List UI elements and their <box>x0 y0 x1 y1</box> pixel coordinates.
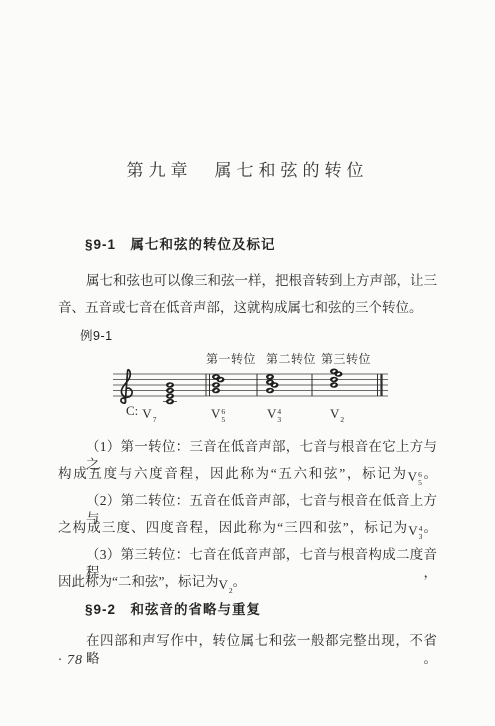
intro-line-1: 属七和弦也可以像三和弦一样，把根音转到上方声部，让三 <box>58 272 437 290</box>
inversion-label-2: 第二转位 <box>266 350 320 367</box>
figure-letter: V <box>218 577 227 592</box>
inversion-label-3: 第三转位 <box>321 350 375 367</box>
section-9-1-heading: §9-1 属七和弦的转位及标记 <box>85 233 276 253</box>
chord-v7 <box>163 382 177 404</box>
book-page: 第九章 属七和弦的转位 §9-1 属七和弦的转位及标记 属七和弦也可以像三和弦一… <box>0 0 495 726</box>
paragraph-1-line-2-text: 构成五度与六度音程，因此称为“五六和弦”，标记为 <box>58 466 408 481</box>
paragraph-1-line-2: 构成五度与六度音程，因此称为“五六和弦”，标记为V65。 <box>58 465 437 486</box>
period: 。 <box>422 520 437 535</box>
section-9-2-paragraph: 在四部和声写作中，转位属七和弦一般都完整出现，不省略。 <box>58 632 437 668</box>
intro-line-2: 音、五音或七音在低音声部，这就构成属七和弦的三个转位。 <box>58 299 437 317</box>
chord-figure-v43: V43 <box>267 402 281 423</box>
figure-sub: 3 <box>277 416 281 424</box>
paragraph-2-line-2-text: 之构成三度、四度音程，因此称为“三四和弦”，标记为 <box>58 520 408 535</box>
figure-letter: V <box>408 523 417 538</box>
paragraph-3-line-2: 因此称为“二和弦”，标记为V2。 <box>58 573 437 594</box>
figure-letter: V <box>267 406 276 421</box>
chapter-title: 第九章 属七和弦的转位 <box>0 156 495 181</box>
page-number: · 78 · <box>58 653 92 669</box>
key-label: C: <box>126 403 138 418</box>
chord-figure-v7: C:V7 <box>126 402 156 423</box>
period: 。 <box>422 466 437 481</box>
staff-notation <box>111 367 389 407</box>
figure-sub: 5 <box>221 416 225 424</box>
example-label: 例9-1 <box>80 326 113 344</box>
paragraph-2-line-2: 之构成三度、四度音程，因此称为“三四和弦”，标记为V43。 <box>58 519 437 540</box>
chord-figure-v2: V2 <box>330 402 344 423</box>
figure-letter: V <box>330 406 339 421</box>
treble-clef-icon <box>121 370 132 403</box>
period: 。 <box>233 574 247 589</box>
figure-letter: V <box>408 469 417 484</box>
inversion-label-1: 第一转位 <box>206 350 260 367</box>
figure-sub: 7 <box>153 416 157 424</box>
section-9-2-heading: §9-2 和弦音的省略与重复 <box>85 598 261 618</box>
figure-letter: V <box>142 406 151 421</box>
figure-letter: V <box>211 406 220 421</box>
paragraph-3-line-2-text: 因此称为“二和弦”，标记为 <box>58 574 218 589</box>
figure-sub: 2 <box>340 416 344 424</box>
chord-figure-v65: V65 <box>211 402 225 423</box>
